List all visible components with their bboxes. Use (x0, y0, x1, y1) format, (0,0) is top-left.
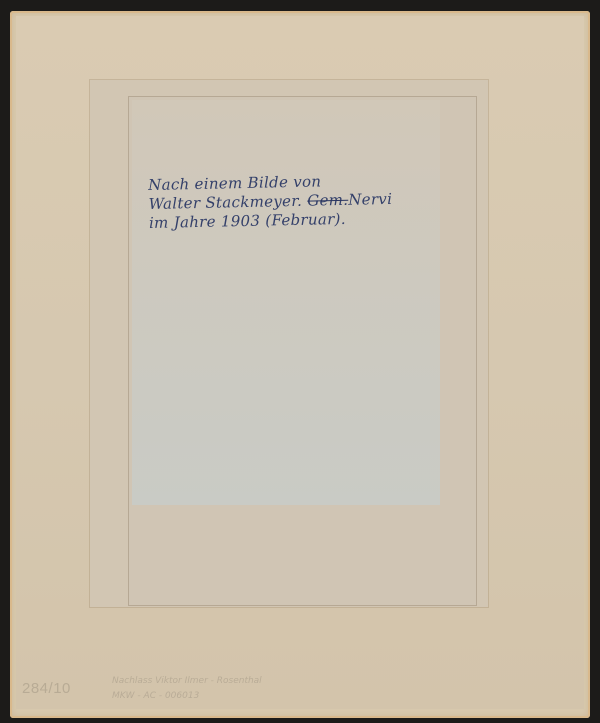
image-area-tint (132, 100, 440, 505)
struck-word: Gem. (307, 191, 348, 210)
inscription-line-2-suffix: Nervi (348, 190, 392, 209)
handwritten-inscription: Nach einem Bilde von Walter Stackmeyer. … (148, 170, 439, 233)
pencil-note-line-2: MKW - AC - 006013 (112, 689, 262, 704)
pencil-note-line-1: Nachlass Viktor Ilmer - Rosenthal (112, 674, 262, 689)
inscription-line-2-text: Walter Stackmeyer. (148, 192, 302, 213)
pencil-inventory-number: 284/10 (22, 680, 71, 697)
scanned-artwork-back: Nach einem Bilde von Walter Stackmeyer. … (0, 0, 600, 723)
pencil-provenance-note: Nachlass Viktor Ilmer - Rosenthal MKW - … (112, 674, 262, 704)
